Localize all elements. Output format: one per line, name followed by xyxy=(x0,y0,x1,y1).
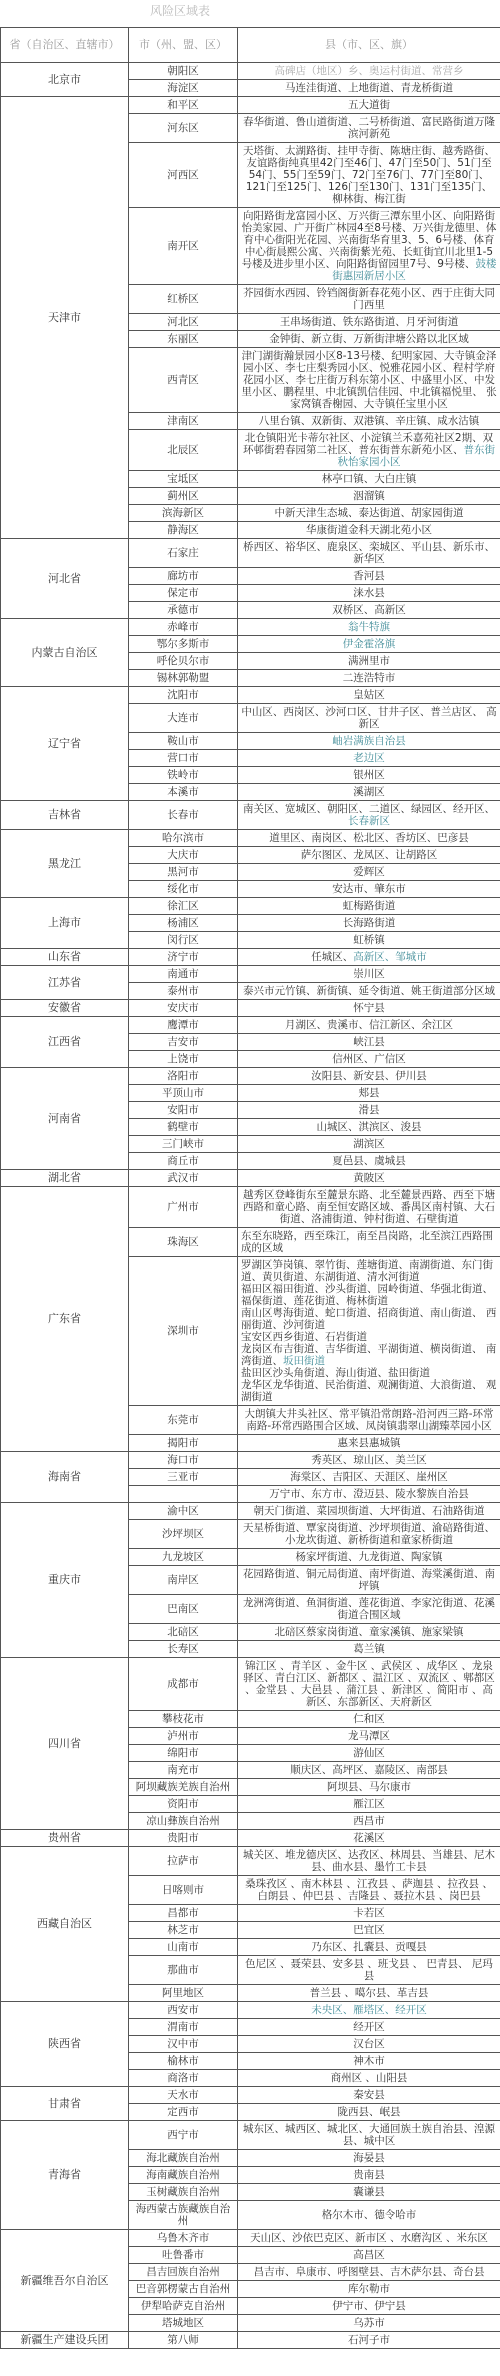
county-cell: 伊金霍洛旗 xyxy=(238,636,500,653)
city-cell: 西青区 xyxy=(129,348,238,413)
county-cell: 满洲里市 xyxy=(238,653,500,670)
county-cell: 未央区、雁塔区、经开区 xyxy=(238,2002,500,2019)
city-cell: 汉中市 xyxy=(129,2036,238,2053)
county-text: 东至东晓路，西至珠江，南至昌岗路，北至滨江西路围成的区域 xyxy=(241,1230,493,1254)
table-row: 安徽省安庆市怀宁县 xyxy=(1,1000,500,1017)
city-cell: 宝坻区 xyxy=(129,471,238,488)
county-cell: 中山区、西岗区、沙河口区、甘井子区、普兰店区、 高新区 xyxy=(238,704,500,733)
county-cell: 汉台区 xyxy=(238,2036,500,2053)
county-cell: 囊谦县 xyxy=(238,2184,500,2201)
province-cell: 西藏自治区 xyxy=(1,1847,129,2002)
county-text: 万宁市、东方市、澄迈县、陵水黎族自治县 xyxy=(269,1488,469,1500)
county-cell: 贵南县 xyxy=(238,2167,500,2184)
county-text: 伊宁市、伊宁县 xyxy=(332,2300,406,2312)
header-county: 县（市、区、旗） xyxy=(238,28,500,63)
table-row: 重庆市渝中区朝天门街道、菜园坝街道、大坪街道、石油路街道 xyxy=(1,1503,500,1520)
city-cell: 海西蒙古族藏族自治州 xyxy=(129,2201,238,2230)
county-cell: 色尼区 、聂荣县、安多县 、班戈县 、 巴青县、 尼玛县 xyxy=(238,1956,500,1985)
city-cell: 商丘市 xyxy=(129,1153,238,1170)
county-text: 溪湖区 xyxy=(353,786,385,798)
city-cell: 揭阳市 xyxy=(129,1435,238,1452)
county-cell: 华康街道金科天湖北苑小区 xyxy=(238,522,500,539)
county-line: 福田区福田街道、沙头街道、园岭街道、华强北街道、福保街道、莲花街道、梅林街道 xyxy=(241,1283,497,1307)
city-cell: 铁岭市 xyxy=(129,767,238,784)
county-cell: 陇西县、岷县 xyxy=(238,2104,500,2121)
city-cell: 珠海区 xyxy=(129,1228,238,1257)
city-cell: 南充市 xyxy=(129,1762,238,1779)
county-text: 游仙区 xyxy=(353,1747,385,1759)
city-cell: 洛阳市 xyxy=(129,1068,238,1085)
city-cell: 绵阳市 xyxy=(129,1745,238,1762)
county-text: 高昌区 xyxy=(353,2249,385,2261)
county-text: 普兰县 、噶尔县、革吉县 xyxy=(310,1987,429,1999)
county-cell: 南关区、宽城区、朝阳区、二道区、绿园区、经开区、长春新区 xyxy=(238,801,500,830)
county-text: 崇川区 xyxy=(353,968,385,980)
county-cell: 虹桥镇 xyxy=(238,932,500,949)
county-text: 湖滨区 xyxy=(353,1138,385,1150)
city-cell: 锡林郭勒盟 xyxy=(129,670,238,687)
county-text: 大朗镇大井头社区、常平镇沿常朗路-沿河西三路-环常南路-环常西路围合区域、凤岗镇… xyxy=(244,1408,493,1432)
province-cell: 黑龙江 xyxy=(1,830,129,898)
province-cell: 安徽省 xyxy=(1,1000,129,1017)
county-text: 贵南县 xyxy=(353,2169,385,2181)
city-cell: 哈尔滨市 xyxy=(129,830,238,847)
table-row: 新疆维吾尔自治区乌鲁木齐市天山区、沙依巴克区、新市区 、水磨沟区 、米东区 xyxy=(1,2230,500,2247)
county-cell: 王串场街道、铁东路街道、月牙河街道 xyxy=(238,314,500,331)
city-cell: 第八师 xyxy=(129,2332,238,2349)
county-text: 洇溜镇 xyxy=(353,490,385,502)
county-text: 老边区 xyxy=(353,752,385,764)
county-text: 囊谦县 xyxy=(353,2186,385,2198)
county-text: 巴宜区 xyxy=(353,1924,385,1936)
city-cell: 石家庄 xyxy=(129,539,238,568)
county-cell: 北仓镇阳光卡蒂尔社区、小淀镇兰禾嘉苑社区2期、双环邨街碧春园第二社区、普东街普东… xyxy=(238,430,500,471)
county-text: 秦安县 xyxy=(353,2089,385,2101)
table-row: 山东省济宁市任城区、高新区、邹城市 xyxy=(1,949,500,966)
city-cell: 山南市 xyxy=(129,1939,238,1956)
city-cell: 昌吉回族自治州 xyxy=(129,2264,238,2281)
province-cell: 甘肃省 xyxy=(1,2087,129,2121)
county-text: 北碚区蔡家岗街道、童家溪镇、施家梁镇 xyxy=(275,1626,464,1638)
city-cell: 河北区 xyxy=(129,314,238,331)
city-cell: 保定市 xyxy=(129,585,238,602)
county-cell: 马连洼街道、上地街道、青龙桥街道 xyxy=(238,80,500,97)
county-text: 库尔勒市 xyxy=(348,2283,390,2295)
table-row: 吉林省长春市南关区、宽城区、朝阳区、二道区、绿园区、经开区、长春新区 xyxy=(1,801,500,830)
county-text: 月湖区、贵溪市、信江新区、余江区 xyxy=(285,1019,453,1031)
county-text: 安达市、肇东市 xyxy=(332,883,406,895)
county-text: 香河县 xyxy=(353,570,385,582)
city-cell: 三亚市 xyxy=(129,1469,238,1486)
table-row: 黑龙江哈尔滨市道里区、南岗区、松北区、香坊区、巴彦县 xyxy=(1,830,500,847)
county-cell: 石河子市 xyxy=(238,2332,500,2349)
county-text: 峡江县 xyxy=(353,1036,385,1048)
city-cell: 凉山彝族自治州 xyxy=(129,1813,238,1830)
province-cell: 湖北省 xyxy=(1,1170,129,1187)
county-cell: 惠来县惠城镇 xyxy=(238,1435,500,1452)
table-row: 湖北省武汉市黄陂区 xyxy=(1,1170,500,1187)
city-cell: 绥化市 xyxy=(129,881,238,898)
city-cell: 鹰潭市 xyxy=(129,1017,238,1034)
city-cell: 沙坪坝区 xyxy=(129,1520,238,1549)
province-cell: 北京市 xyxy=(1,63,129,97)
county-text: 道里区、南岗区、松北区、香坊区、巴彦县 xyxy=(269,832,469,844)
county-cell: 高昌区 xyxy=(238,2247,500,2264)
city-cell xyxy=(129,1486,238,1503)
province-cell: 内蒙古自治区 xyxy=(1,619,129,687)
county-cell: 万宁市、东方市、澄迈县、陵水黎族自治县 xyxy=(238,1486,500,1503)
county-cell: 天塔街、太湖路街、挂甲寺街、陈塘庄街、越秀路街、友谊路街纯真里42门至46门、4… xyxy=(238,143,500,208)
county-cell: 中新天津生态城、泰达街道、胡家园街道 xyxy=(238,505,500,522)
city-cell: 广州市 xyxy=(129,1187,238,1228)
county-text: 爱辉区 xyxy=(353,866,385,878)
city-cell: 拉萨市 xyxy=(129,1847,238,1876)
city-cell: 赤峰市 xyxy=(129,619,238,636)
county-cell: 爱辉区 xyxy=(238,864,500,881)
county-cell: 津门湖街瀚景园小区8-13号楼、纪明家园、大寺镇金泽园小区、李七庄梨秀园小区、悦… xyxy=(238,348,500,413)
county-text: 银州区 xyxy=(353,769,385,781)
county-cell: 桑珠孜区 、南木林县 、江孜县 、萨迦县 、拉孜县 、白朗县 、仲巴县 、吉隆县… xyxy=(238,1876,500,1905)
city-cell: 东莞市 xyxy=(129,1406,238,1435)
table-row: 江苏省南通市崇川区 xyxy=(1,966,500,983)
county-line: 南山区粤海街道、蛇口街道、招商街道、南山街道、 西丽街道、沙河街道 xyxy=(241,1307,497,1331)
county-text: 虹桥镇 xyxy=(353,934,385,946)
county-text: 皇姑区 xyxy=(353,689,385,701)
province-cell: 山东省 xyxy=(1,949,129,966)
county-text: 经开区 xyxy=(353,2021,385,2033)
city-cell: 鹤壁市 xyxy=(129,1119,238,1136)
county-text: 春华街道、鲁山道街道、二号桥街道、富民路街道万隆滨河新苑 xyxy=(243,116,495,140)
highlighted-area: 坂田街道 xyxy=(283,1355,325,1367)
city-cell: 玉树藏族自治州 xyxy=(129,2184,238,2201)
county-cell: 山城区、淇滨区、浚县 xyxy=(238,1119,500,1136)
county-text: 滑县 xyxy=(359,1104,380,1116)
city-cell: 西宁市 xyxy=(129,2121,238,2150)
county-cell: 锦江区 、青羊区 、金牛区 、武侯区 、成华区 、龙泉驿区、青白江区、新都区 、… xyxy=(238,1658,500,1711)
header-city: 市（州、盟、区） xyxy=(129,28,238,63)
table-row: 贵州省贵阳市花溪区 xyxy=(1,1830,500,1847)
city-cell: 本溪市 xyxy=(129,784,238,801)
county-cell: 乌苏市 xyxy=(238,2315,500,2332)
table-row: 西藏自治区拉萨市城关区、堆龙德庆区、达孜区、林周县、当雄县、尼木县、曲水县、墨竹… xyxy=(1,1847,500,1876)
city-cell: 安庆市 xyxy=(129,1000,238,1017)
county-cell: 双桥区、高新区 xyxy=(238,602,500,619)
table-row: 江西省鹰潭市月湖区、贵溪市、信江新区、余江区 xyxy=(1,1017,500,1034)
county-cell: 乃东区、扎囊县、贡嘎县 xyxy=(238,1939,500,1956)
city-cell: 阿里地区 xyxy=(129,1985,238,2002)
county-text: 夏邑县、虞城县 xyxy=(332,1155,406,1167)
city-cell: 乌鲁木齐市 xyxy=(129,2230,238,2247)
county-text: 顺庆区、高坪区、嘉陵区、南部县 xyxy=(290,1764,448,1776)
county-text: 涞水县 xyxy=(353,587,385,599)
county-cell: 西昌市 xyxy=(238,1813,500,1830)
city-cell: 鄂尔多斯市 xyxy=(129,636,238,653)
city-cell: 深圳市 xyxy=(129,1257,238,1406)
county-cell: 夏邑县、虞城县 xyxy=(238,1153,500,1170)
county-text: 天塔街、太湖路街、挂甲寺街、陈塘庄街、越秀路街、友谊路街纯真里42门至46门、4… xyxy=(243,145,495,205)
county-cell: 道里区、南岗区、松北区、香坊区、巴彦县 xyxy=(238,830,500,847)
county-cell: 大朗镇大井头社区、常平镇沿常朗路-沿河西三路-环常南路-环常西路围合区域、凤岗镇… xyxy=(238,1406,500,1435)
table-row: 青海省西宁市城东区、城西区、城北区、大通回族土族自治县、湟源县、城中区 xyxy=(1,2121,500,2150)
county-cell: 萨尔图区、龙凤区、让胡路区 xyxy=(238,847,500,864)
province-cell: 河南省 xyxy=(1,1068,129,1170)
county-text: 雁江区 xyxy=(353,1798,385,1810)
city-cell: 河东区 xyxy=(129,114,238,143)
city-cell: 天水市 xyxy=(129,2087,238,2104)
county-text: 双桥区、高新区 xyxy=(332,604,406,616)
county-text: 王串场街道、铁东路街道、月牙河街道 xyxy=(280,316,459,328)
table-row: 上海市徐汇区虹梅路街道 xyxy=(1,898,500,915)
city-cell: 北碚区 xyxy=(129,1624,238,1641)
county-cell: 翁牛特旗 xyxy=(238,619,500,636)
province-cell: 陕西省 xyxy=(1,2002,129,2087)
city-cell: 伊犁哈萨克自治州 xyxy=(129,2298,238,2315)
county-text: 桑珠孜区 、南木林县 、江孜县 、萨迦县 、拉孜县 、白朗县 、仲巴县 、吉隆县… xyxy=(245,1878,493,1902)
county-cell: 海棠区、吉阳区、天涯区、崖州区 xyxy=(238,1469,500,1486)
county-text: 翁牛特旗 xyxy=(348,621,390,633)
county-text: 华康街道金科天湖北苑小区 xyxy=(306,524,432,536)
table-row: 内蒙古自治区赤峰市翁牛特旗 xyxy=(1,619,500,636)
header-province: 省（自治区、直辖市） xyxy=(1,28,129,63)
county-cell: 岫岩满族自治县 xyxy=(238,733,500,750)
city-cell: 河西区 xyxy=(129,143,238,208)
county-text: 天星桥街道、覃家岗街道、沙坪坝街道、渝碚路街道、小龙坎街道、新桥街道和童家桥街道 xyxy=(243,1522,495,1546)
county-cell: 顺庆区、高坪区、嘉陵区、南部县 xyxy=(238,1762,500,1779)
county-text: 越秀区登峰街东至麓景东路、北至麓景西路、西至下塘西路和童心路、南至恒安路区域、番… xyxy=(243,1189,495,1225)
county-text: 朝天门街道、菜园坝街道、大坪街道、石油路街道 xyxy=(254,1505,485,1517)
city-cell: 上饶市 xyxy=(129,1051,238,1068)
city-cell: 安阳市 xyxy=(129,1102,238,1119)
county-cell: 库尔勒市 xyxy=(238,2281,500,2298)
county-cell: 任城区、高新区、邹城市 xyxy=(238,949,500,966)
city-cell: 昌都市 xyxy=(129,1905,238,1922)
county-cell: 格尔木市、德令哈市 xyxy=(238,2201,500,2230)
county-cell: 城关区、堆龙德庆区、达孜区、林周县、当雄县、尼木县、曲水县、墨竹工卡县 xyxy=(238,1847,500,1876)
county-text: 商州区 、山阳县 xyxy=(331,2072,408,2084)
county-text: 未央区、雁塔区、经开区 xyxy=(311,2004,427,2016)
county-text: 萨尔图区、龙凤区、让胡路区 xyxy=(301,849,438,861)
province-cell: 河北省 xyxy=(1,539,129,619)
county-text: 锦江区 、青羊区 、金牛区 、武侯区 、成华区 、龙泉驿区、青白江区、新都区 、… xyxy=(243,1660,495,1708)
county-cell: 黄陂区 xyxy=(238,1170,500,1187)
county-text: 花溪区 xyxy=(353,1832,385,1844)
city-cell: 攀枝花市 xyxy=(129,1711,238,1728)
city-cell: 海口市 xyxy=(129,1452,238,1469)
city-cell: 东丽区 xyxy=(129,331,238,348)
county-text: 杨家坪街道、九龙街道、陶家镇 xyxy=(296,1551,443,1563)
county-text: 芥园街水西园、铃铛阁街新春花苑小区、西于庄街大同门西里 xyxy=(243,287,495,311)
county-line: 盐田区沙头角街道、海山街道、盐田街道 xyxy=(241,1367,497,1379)
city-cell: 三门峡市 xyxy=(129,1136,238,1153)
county-cell: 城东区、城西区、城北区、大通回族土族自治县、湟源县、城中区 xyxy=(238,2121,500,2150)
city-cell: 渝中区 xyxy=(129,1503,238,1520)
city-cell: 九龙坡区 xyxy=(129,1549,238,1566)
county-text: 八里台镇、双新街、双港镇、辛庄镇、咸水沽镇 xyxy=(259,415,480,427)
county-cell: 天山区、沙依巴克区、新市区 、水磨沟区 、米东区 xyxy=(238,2230,500,2247)
table-row: 新疆生产建设兵团第八师石河子市 xyxy=(1,2332,500,2349)
city-cell: 海北藏族自治州 xyxy=(129,2150,238,2167)
county-text: 石河子市 xyxy=(348,2334,390,2346)
county-text: 马连洼街道、上地街道、青龙桥街道 xyxy=(285,82,453,94)
county-cell: 信州区、广信区 xyxy=(238,1051,500,1068)
city-cell: 朝阳区 xyxy=(129,63,238,80)
county-text: 陇西县、岷县 xyxy=(338,2106,401,2118)
city-cell: 商洛市 xyxy=(129,2070,238,2087)
county-cell: 崇川区 xyxy=(238,966,500,983)
county-text: 虹梅路街道 xyxy=(343,900,396,912)
city-cell: 日喀则市 xyxy=(129,1876,238,1905)
county-cell: 天星桥街道、覃家岗街道、沙坪坝街道、渝碚路街道、小龙坎街道、新桥街道和童家桥街道 xyxy=(238,1520,500,1549)
province-cell: 新疆维吾尔自治区 xyxy=(1,2230,129,2332)
county-text: 秀英区、琼山区、美兰区 xyxy=(311,1454,427,1466)
county-cell: 商州区 、山阳县 xyxy=(238,2070,500,2087)
county-cell: 湖滨区 xyxy=(238,1136,500,1153)
county-cell: 八里台镇、双新街、双港镇、辛庄镇、咸水沽镇 xyxy=(238,413,500,430)
county-text: 海棠区、吉阳区、天涯区、崖州区 xyxy=(290,1471,448,1483)
county-cell: 海晏县 xyxy=(238,2150,500,2167)
county-text: 伊金霍洛旗 xyxy=(343,638,396,650)
county-cell: 雁江区 xyxy=(238,1796,500,1813)
table-row: 广东省广州市越秀区登峰街东至麓景东路、北至麓景西路、西至下塘西路和童心路、南至恒… xyxy=(1,1187,500,1228)
table-row: 河北省石家庄桥西区、裕华区、鹿泉区、栾城区、平山县、新乐市、新华区 xyxy=(1,539,500,568)
county-text: 北仓镇阳光卡蒂尔社区、小淀镇兰禾嘉苑社区2期、双环邨街碧春园第二社区、普东街普东… xyxy=(243,432,493,456)
county-cell: 越秀区登峰街东至麓景东路、北至麓景西路、西至下塘西路和童心路、南至恒安路区域、番… xyxy=(238,1187,500,1228)
city-cell: 巴南区 xyxy=(129,1595,238,1624)
county-cell: 东至东晓路，西至珠江，南至昌岗路，北至滨江西路围成的区域 xyxy=(238,1228,500,1257)
county-text: 泰兴市元竹镇、新街镇、延令街道、姚王街道部分区域 xyxy=(243,985,495,997)
county-text: 岫岩满族自治县 xyxy=(332,735,406,747)
county-cell: 月湖区、贵溪市、信江新区、余江区 xyxy=(238,1017,500,1034)
county-text: 龙洲湾街道、鱼洞街道、莲花街道、李家沱街道、花溪街道合围区域 xyxy=(243,1597,495,1621)
county-cell: 阿坝县、马尔康市 xyxy=(238,1779,500,1796)
county-text: 汉台区 xyxy=(353,2038,385,2050)
county-cell: 金钟街、新立街、万新街津塘公路以北区域 xyxy=(238,331,500,348)
province-cell: 辽宁省 xyxy=(1,687,129,801)
province-cell: 江苏省 xyxy=(1,966,129,1000)
county-text: 任城区、 xyxy=(311,951,353,963)
province-cell: 海南省 xyxy=(1,1452,129,1503)
county-text: 二连浩特市 xyxy=(343,672,396,684)
city-cell: 泸州市 xyxy=(129,1728,238,1745)
county-text: 阿坝县、马尔康市 xyxy=(327,1781,411,1793)
city-cell: 那曲市 xyxy=(129,1956,238,1985)
county-text: 格尔木市、德令哈市 xyxy=(322,2209,417,2221)
county-cell: 花园路街道、铜元局街道、南坪街道、海棠溪街道、南坪镇 xyxy=(238,1566,500,1595)
table-caption: 风险区域表 xyxy=(150,2,210,19)
county-cell: 安达市、肇东市 xyxy=(238,881,500,898)
city-cell: 吉安市 xyxy=(129,1034,238,1051)
city-cell: 泰州市 xyxy=(129,983,238,1000)
county-text: 西昌市 xyxy=(353,1815,385,1827)
city-cell: 资阳市 xyxy=(129,1796,238,1813)
county-text: 城东区、城西区、城北区、大通回族土族自治县、湟源县、城中区 xyxy=(243,2123,495,2147)
county-text: 郏县 xyxy=(359,1087,380,1099)
county-cell: 长海路街道 xyxy=(238,915,500,932)
province-cell: 江西省 xyxy=(1,1017,129,1068)
table-row: 北京市朝阳区高碑店（地区）乡、奥运村街道、常营乡 xyxy=(1,63,500,80)
city-cell: 大连市 xyxy=(129,704,238,733)
county-line: 宝安区西乡街道、石岩街道 xyxy=(241,1331,497,1343)
city-cell: 徐汇区 xyxy=(129,898,238,915)
county-text: 黄陂区 xyxy=(353,1172,385,1184)
county-cell: 芥园街水西园、铃铛阁街新春花苑小区、西于庄街大同门西里 xyxy=(238,285,500,314)
table-row: 陕西省西安市未央区、雁塔区、经开区 xyxy=(1,2002,500,2019)
county-text: 中新天津生态城、泰达街道、胡家园街道 xyxy=(275,507,464,519)
county-text: 信州区、广信区 xyxy=(332,1053,406,1065)
table-row: 天津市和平区五大道街 xyxy=(1,97,500,114)
county-cell: 罗湖区笋岗镇、翠竹街、莲塘街道、南湖街道、东门街道、黄贝街道、东湖街道、清水河街… xyxy=(238,1257,500,1406)
city-cell: 成都市 xyxy=(129,1658,238,1711)
county-text: 汝阳县、新安县、伊川县 xyxy=(311,1070,427,1082)
county-cell: 杨家坪街道、九龙街道、陶家镇 xyxy=(238,1549,500,1566)
county-text: 乌苏市 xyxy=(353,2317,385,2329)
city-cell: 闵行区 xyxy=(129,932,238,949)
county-cell: 郏县 xyxy=(238,1085,500,1102)
county-text: 满洲里市 xyxy=(348,655,390,667)
city-cell: 北辰区 xyxy=(129,430,238,471)
county-cell: 仁和区 xyxy=(238,1711,500,1728)
highlighted-area: 高新区、邹城市 xyxy=(353,951,427,963)
table-body: 北京市朝阳区高碑店（地区）乡、奥运村街道、常营乡海淀区马连洼街道、上地街道、青龙… xyxy=(1,63,500,2349)
city-cell: 榆林市 xyxy=(129,2053,238,2070)
province-cell: 上海市 xyxy=(1,898,129,949)
county-line: 龙华区龙华街道、民治街道、观澜街道、大浪街道、 观湖街道 xyxy=(241,1379,497,1403)
county-text: 金钟街、新立街、万新街津塘公路以北区域 xyxy=(269,333,469,345)
county-cell: 洇溜镇 xyxy=(238,488,500,505)
city-cell: 塔城地区 xyxy=(129,2315,238,2332)
county-cell: 龙洲湾街道、鱼洞街道、莲花街道、李家沱街道、花溪街道合围区域 xyxy=(238,1595,500,1624)
city-cell: 呼伦贝尔市 xyxy=(129,653,238,670)
risk-area-table: 省（自治区、直辖市） 市（州、盟、区） 县（市、区、旗） 北京市朝阳区高碑店（地… xyxy=(0,27,500,2349)
county-cell: 峡江县 xyxy=(238,1034,500,1051)
city-cell: 杨浦区 xyxy=(129,915,238,932)
county-cell: 经开区 xyxy=(238,2019,500,2036)
highlighted-area: 长春新区 xyxy=(348,815,390,827)
city-cell: 和平区 xyxy=(129,97,238,114)
table-row: 辽宁省沈阳市皇姑区 xyxy=(1,687,500,704)
county-text: 向阳路街龙富园小区、万兴街三潭东里小区、向阳路街怡美家园、广开街广林园4至8号楼… xyxy=(242,210,497,270)
city-cell: 林芝市 xyxy=(129,1922,238,1939)
city-cell: 大庆市 xyxy=(129,847,238,864)
table-row: 海南省海口市秀英区、琼山区、美兰区 xyxy=(1,1452,500,1469)
county-text: 葛兰镇 xyxy=(353,1643,385,1655)
county-cell: 北碚区蔡家岗街道、童家溪镇、施家梁镇 xyxy=(238,1624,500,1641)
county-line: 龙岗区布吉街道、吉华街道、平湖街道、横岗街道、 南湾街道、坂田街道 xyxy=(241,1343,497,1367)
county-text: 海晏县 xyxy=(353,2152,385,2164)
county-cell: 普兰县 、噶尔县、革吉县 xyxy=(238,1985,500,2002)
county-cell: 伊宁市、伊宁县 xyxy=(238,2298,500,2315)
province-cell: 广东省 xyxy=(1,1187,129,1452)
county-cell: 龙马潭区 xyxy=(238,1728,500,1745)
city-cell: 蓟州区 xyxy=(129,488,238,505)
county-cell: 二连浩特市 xyxy=(238,670,500,687)
county-cell: 涞水县 xyxy=(238,585,500,602)
city-cell: 定西市 xyxy=(129,2104,238,2121)
province-cell: 四川省 xyxy=(1,1658,129,1830)
county-text: 怀宁县 xyxy=(353,1002,385,1014)
city-cell: 长春市 xyxy=(129,801,238,830)
city-cell: 西安市 xyxy=(129,2002,238,2019)
city-cell: 平顶山市 xyxy=(129,1085,238,1102)
county-cell: 昌吉市、阜康市、呼图壁县、吉木萨尔县、奇台县 xyxy=(238,2264,500,2281)
city-cell: 鞍山市 xyxy=(129,733,238,750)
county-cell: 溪湖区 xyxy=(238,784,500,801)
province-cell: 重庆市 xyxy=(1,1503,129,1658)
county-cell: 向阳路街龙富园小区、万兴街三潭东里小区、向阳路街怡美家园、广开街广林园4至8号楼… xyxy=(238,208,500,285)
county-cell: 朝天门街道、菜园坝街道、大坪街道、石油路街道 xyxy=(238,1503,500,1520)
county-line: 罗湖区笋岗镇、翠竹街、莲塘街道、南湖街道、东门街道、黄贝街道、东湖街道、清水河街… xyxy=(241,1259,497,1283)
county-text: 花园路街道、铜元局街道、南坪街道、海棠溪街道、南坪镇 xyxy=(243,1568,495,1592)
